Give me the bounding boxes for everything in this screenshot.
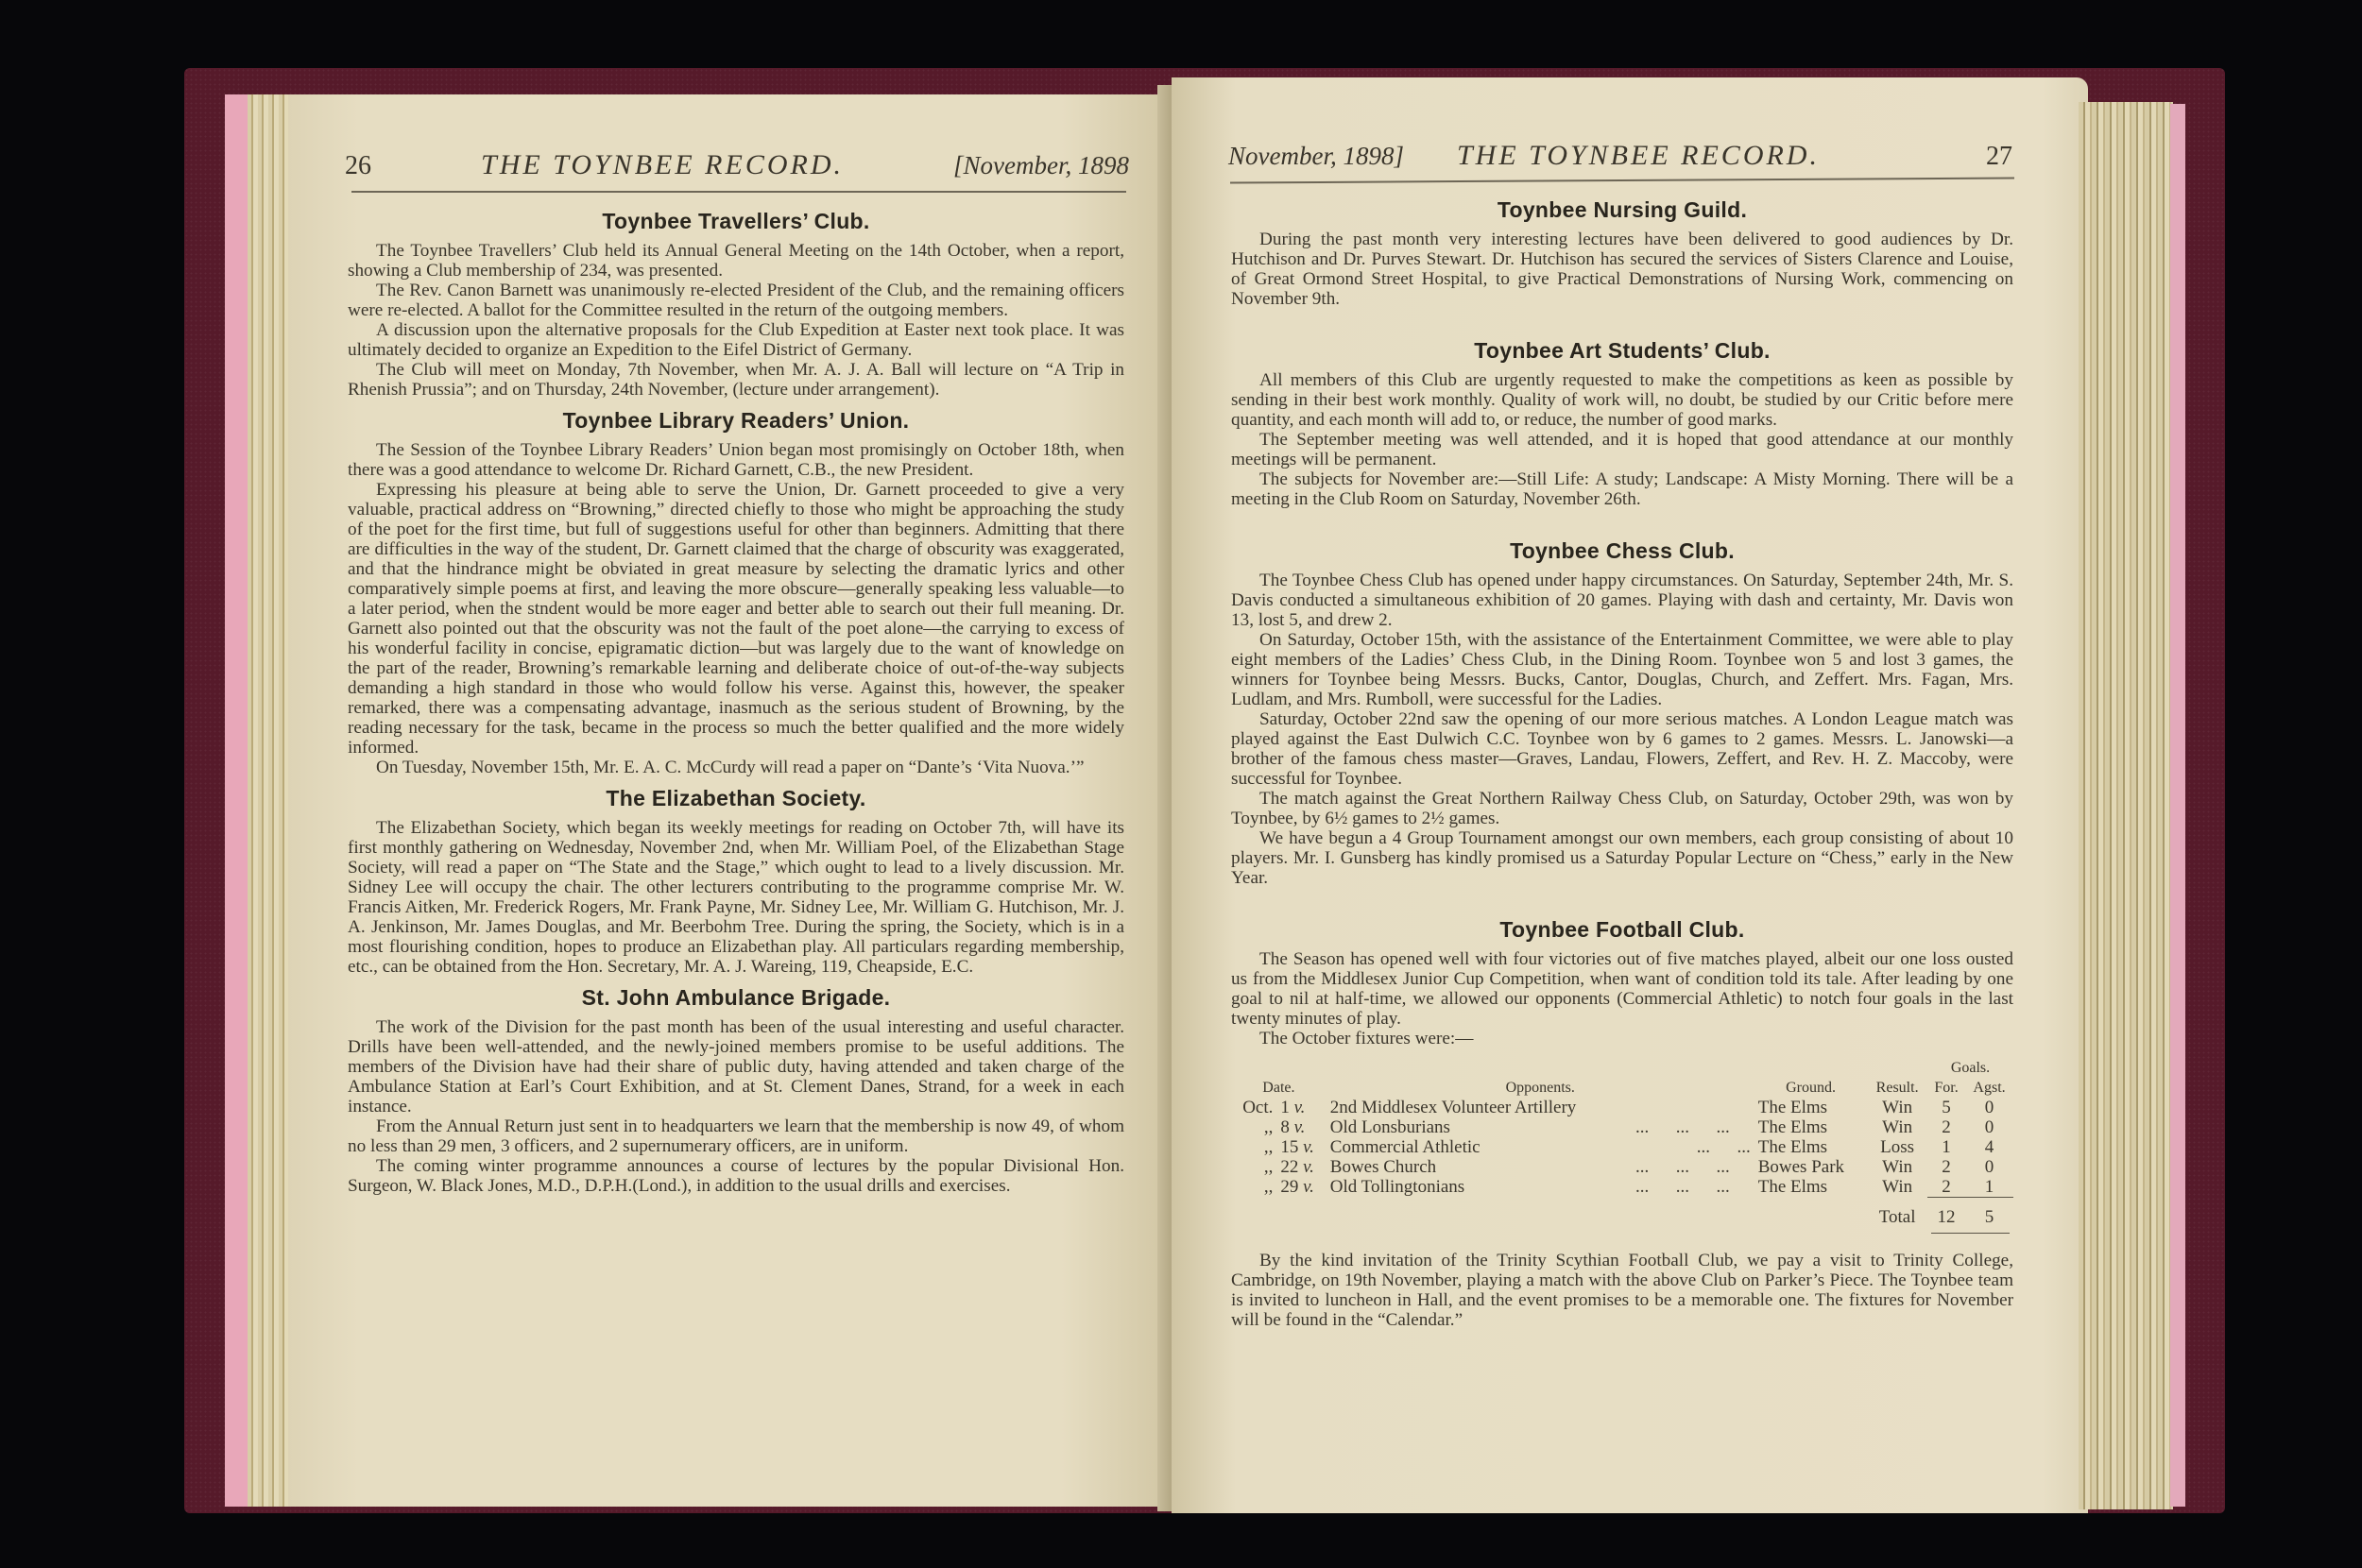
page-number: 26	[345, 151, 371, 181]
header-for: For.	[1927, 1078, 1965, 1098]
paragraph: The Season has opened well with four vic…	[1231, 949, 2013, 1029]
section-chess-club: Toynbee Chess Club. The Toynbee Chess Cl…	[1231, 541, 2013, 888]
section-elizabethan-society: The Elizabethan Society. The Elizabethan…	[348, 789, 1124, 977]
section-st-john-ambulance: St. John Ambulance Brigade. The work of …	[348, 988, 1124, 1196]
table-row: ,, 22 v. Bowes Church ... ... ... Bowes …	[1231, 1157, 2013, 1177]
paragraph: The Club will meet on Monday, 7th Novemb…	[348, 360, 1124, 400]
table-row: ,, 8 v. Old Lonsburians ... ... ... The …	[1231, 1117, 2013, 1137]
cell-day: 1 v.	[1276, 1098, 1326, 1117]
cell-day: 15 v.	[1276, 1137, 1326, 1157]
running-title: THE TOYNBEE RECORD.	[1457, 140, 1820, 172]
cell-day: 8 v.	[1276, 1117, 1326, 1137]
cell-goals-against: 0	[1965, 1117, 2013, 1137]
cell-opponent: 2nd Middlesex Volunteer Artillery	[1326, 1098, 1632, 1117]
section-heading: Toynbee Travellers’ Club.	[348, 212, 1124, 231]
cell-month: ,,	[1231, 1117, 1276, 1137]
section-football-club: Toynbee Football Club. The Season has op…	[1231, 920, 2013, 1330]
total-row: Total 12 5	[1231, 1198, 2013, 1228]
paragraph: The Elizabethan Society, which began its…	[348, 818, 1124, 977]
paragraph: The match against the Great Northern Rai…	[1231, 789, 2013, 828]
table-row: Oct. 1 v. 2nd Middlesex Volunteer Artill…	[1231, 1098, 2013, 1117]
left-column: Toynbee Travellers’ Club. The Toynbee Tr…	[348, 200, 1124, 1196]
cell-ground: Bowes Park	[1754, 1157, 1868, 1177]
cell-day: 22 v.	[1276, 1157, 1326, 1177]
issue-date: [November, 1898	[953, 151, 1129, 180]
header-ground: Ground.	[1754, 1078, 1868, 1098]
right-column: Toynbee Nursing Guild. During the past m…	[1231, 189, 2013, 1330]
cell-goals-for: 2	[1927, 1157, 1965, 1177]
header-against: Agst.	[1965, 1078, 2013, 1098]
page-number: 27	[1986, 142, 2012, 172]
cell-goals-against: 4	[1965, 1137, 2013, 1157]
paragraph: Expressing his pleasure at being able to…	[348, 480, 1124, 758]
cell-opponent: Old Tollingtonians	[1326, 1177, 1632, 1198]
cell-ground: The Elms	[1754, 1098, 1868, 1117]
cell-result: Win	[1867, 1157, 1927, 1177]
header-rule	[351, 191, 1126, 193]
cell-month: ,,	[1231, 1157, 1276, 1177]
header-date: Date.	[1231, 1078, 1326, 1098]
paragraph: Saturday, October 22nd saw the opening o…	[1231, 709, 2013, 789]
section-heading: Toynbee Chess Club.	[1231, 541, 2013, 561]
section-heading: Toynbee Football Club.	[1231, 920, 2013, 940]
total-goals-for: 12	[1927, 1198, 1965, 1228]
cell-ground: The Elms	[1754, 1137, 1868, 1157]
paragraph: The subjects for November are:—Still Lif…	[1231, 469, 2013, 509]
paragraph: During the past month very interesting l…	[1231, 230, 2013, 309]
right-page-stack	[2079, 102, 2173, 1509]
paragraph: By the kind invitation of the Trinity Sc…	[1231, 1251, 2013, 1330]
cell-leader: ... ... ...	[1632, 1157, 1754, 1177]
header-opponents: Opponents.	[1326, 1078, 1754, 1098]
header-result: Result.	[1867, 1078, 1927, 1098]
total-goals-against: 5	[1965, 1198, 2013, 1228]
cell-goals-against: 1	[1965, 1177, 2013, 1198]
cell-goals-against: 0	[1965, 1098, 2013, 1117]
cell-opponent: Bowes Church	[1326, 1157, 1632, 1177]
cell-leader: ... ...	[1632, 1137, 1754, 1157]
paragraph: The work of the Division for the past mo…	[348, 1017, 1124, 1116]
right-running-head: November, 1898] THE TOYNBEE RECORD. 27	[1228, 140, 2012, 172]
cell-ground: The Elms	[1754, 1117, 1868, 1137]
right-pink-edge	[2170, 104, 2185, 1507]
section-nursing-guild: Toynbee Nursing Guild. During the past m…	[1231, 200, 2013, 309]
left-page-stack	[248, 94, 293, 1507]
cell-month: ,,	[1231, 1177, 1276, 1198]
goals-header: Goals.	[1927, 1058, 2013, 1078]
paragraph: The coming winter programme announces a …	[348, 1156, 1124, 1196]
section-heading: Toynbee Art Students’ Club.	[1231, 341, 2013, 361]
cell-opponent: Commercial Athletic	[1326, 1137, 1632, 1157]
cell-month: ,,	[1231, 1137, 1276, 1157]
section-art-students-club: Toynbee Art Students’ Club. All members …	[1231, 341, 2013, 509]
cell-result: Win	[1867, 1177, 1927, 1198]
cell-result: Loss	[1867, 1137, 1927, 1157]
cell-ground: The Elms	[1754, 1177, 1868, 1198]
cell-goals-for: 1	[1927, 1137, 1965, 1157]
section-travellers-club: Toynbee Travellers’ Club. The Toynbee Tr…	[348, 212, 1124, 400]
left-running-head: 26 THE TOYNBEE RECORD. [November, 1898	[345, 149, 1129, 181]
fixtures-table: Goals. Date. Opponents. Ground. Result. …	[1231, 1058, 2013, 1234]
paragraph: We have begun a 4 Group Tournament among…	[1231, 828, 2013, 888]
column-header-row: Date. Opponents. Ground. Result. For. Ag…	[1231, 1078, 2013, 1098]
paragraph: All members of this Club are urgently re…	[1231, 370, 2013, 430]
cell-goals-against: 0	[1965, 1157, 2013, 1177]
section-heading: St. John Ambulance Brigade.	[348, 988, 1124, 1008]
section-library-readers-union: Toynbee Library Readers’ Union. The Sess…	[348, 411, 1124, 777]
paragraph: The Toynbee Chess Club has opened under …	[1231, 571, 2013, 630]
cell-goals-for: 2	[1927, 1177, 1965, 1198]
table-row: ,, 29 v. Old Tollingtonians ... ... ... …	[1231, 1177, 2013, 1198]
section-heading: Toynbee Library Readers’ Union.	[348, 411, 1124, 431]
paragraph: The Toynbee Travellers’ Club held its An…	[348, 241, 1124, 281]
cell-day: 29 v.	[1276, 1177, 1326, 1198]
issue-date: November, 1898]	[1228, 142, 1404, 171]
section-heading: The Elizabethan Society.	[348, 789, 1124, 809]
goals-header-row: Goals.	[1231, 1058, 2013, 1078]
cell-goals-for: 2	[1927, 1117, 1965, 1137]
paragraph: A discussion upon the alternative propos…	[348, 320, 1124, 360]
paragraph: The September meeting was well attended,…	[1231, 430, 2013, 469]
paragraph: The Session of the Toynbee Library Reade…	[348, 440, 1124, 480]
cell-result: Win	[1867, 1098, 1927, 1117]
paragraph: On Tuesday, November 15th, Mr. E. A. C. …	[348, 758, 1124, 777]
section-heading: Toynbee Nursing Guild.	[1231, 200, 2013, 220]
running-title: THE TOYNBEE RECORD.	[481, 149, 844, 181]
paragraph: From the Annual Return just sent in to h…	[348, 1116, 1124, 1156]
table-row: ,, 15 v. Commercial Athletic ... ... The…	[1231, 1137, 2013, 1157]
cell-leader: ... ... ...	[1632, 1117, 1754, 1137]
total-label: Total	[1867, 1198, 1927, 1228]
paragraph: On Saturday, October 15th, with the assi…	[1231, 630, 2013, 709]
paragraph: The Rev. Canon Barnett was unanimously r…	[348, 281, 1124, 320]
cell-leader	[1632, 1098, 1754, 1117]
cell-opponent: Old Lonsburians	[1326, 1117, 1632, 1137]
cell-result: Win	[1867, 1117, 1927, 1137]
cell-goals-for: 5	[1927, 1098, 1965, 1117]
cell-month: Oct.	[1231, 1098, 1276, 1117]
total-underline-row	[1231, 1227, 2013, 1234]
cell-leader: ... ... ...	[1632, 1177, 1754, 1198]
paragraph: The October fixtures were:—	[1231, 1029, 2013, 1048]
